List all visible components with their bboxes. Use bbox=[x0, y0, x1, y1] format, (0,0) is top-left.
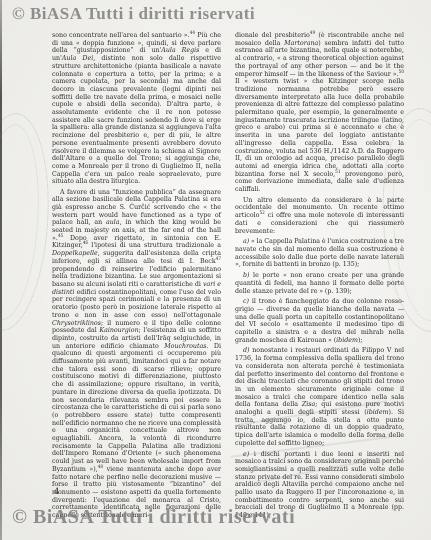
right-column: dionale del presbiterio49 (è riscontrabi… bbox=[235, 32, 404, 520]
paragraph: b) le porte « non erano create per una g… bbox=[235, 272, 404, 295]
left-column: sono concentrate nell'area del santuario… bbox=[52, 32, 221, 520]
text-block: sono concentrate nell'area del santuario… bbox=[52, 32, 404, 520]
paragraph: A favore di una “funzione pubblica” da a… bbox=[52, 189, 221, 520]
scanned-book-page: © BiASA Tutti i diritti riservati sono c… bbox=[0, 0, 431, 540]
paragraph: sono concentrate nell'area del santuario… bbox=[52, 32, 221, 186]
paragraph: Un altro elemento da considerare è la pa… bbox=[235, 197, 404, 236]
page-number: 4 bbox=[54, 487, 59, 497]
copyright-watermark-top: © BiASA Tutti i diritti riservati bbox=[12, 4, 255, 24]
library-stamp-left bbox=[0, 111, 56, 334]
paragraph: d) nonostante i restauri ordinati da Fil… bbox=[235, 347, 404, 447]
copyright-watermark-bottom: © BiASA Tutti i diritti riservati bbox=[12, 506, 295, 529]
paragraph: dionale del presbiterio49 (è riscontrabi… bbox=[235, 32, 404, 194]
paragraph: a) « la Cappella Palatina è l'unica cost… bbox=[235, 238, 404, 269]
paragraph: c) il trono è fiancheggiato da due colon… bbox=[235, 298, 404, 344]
